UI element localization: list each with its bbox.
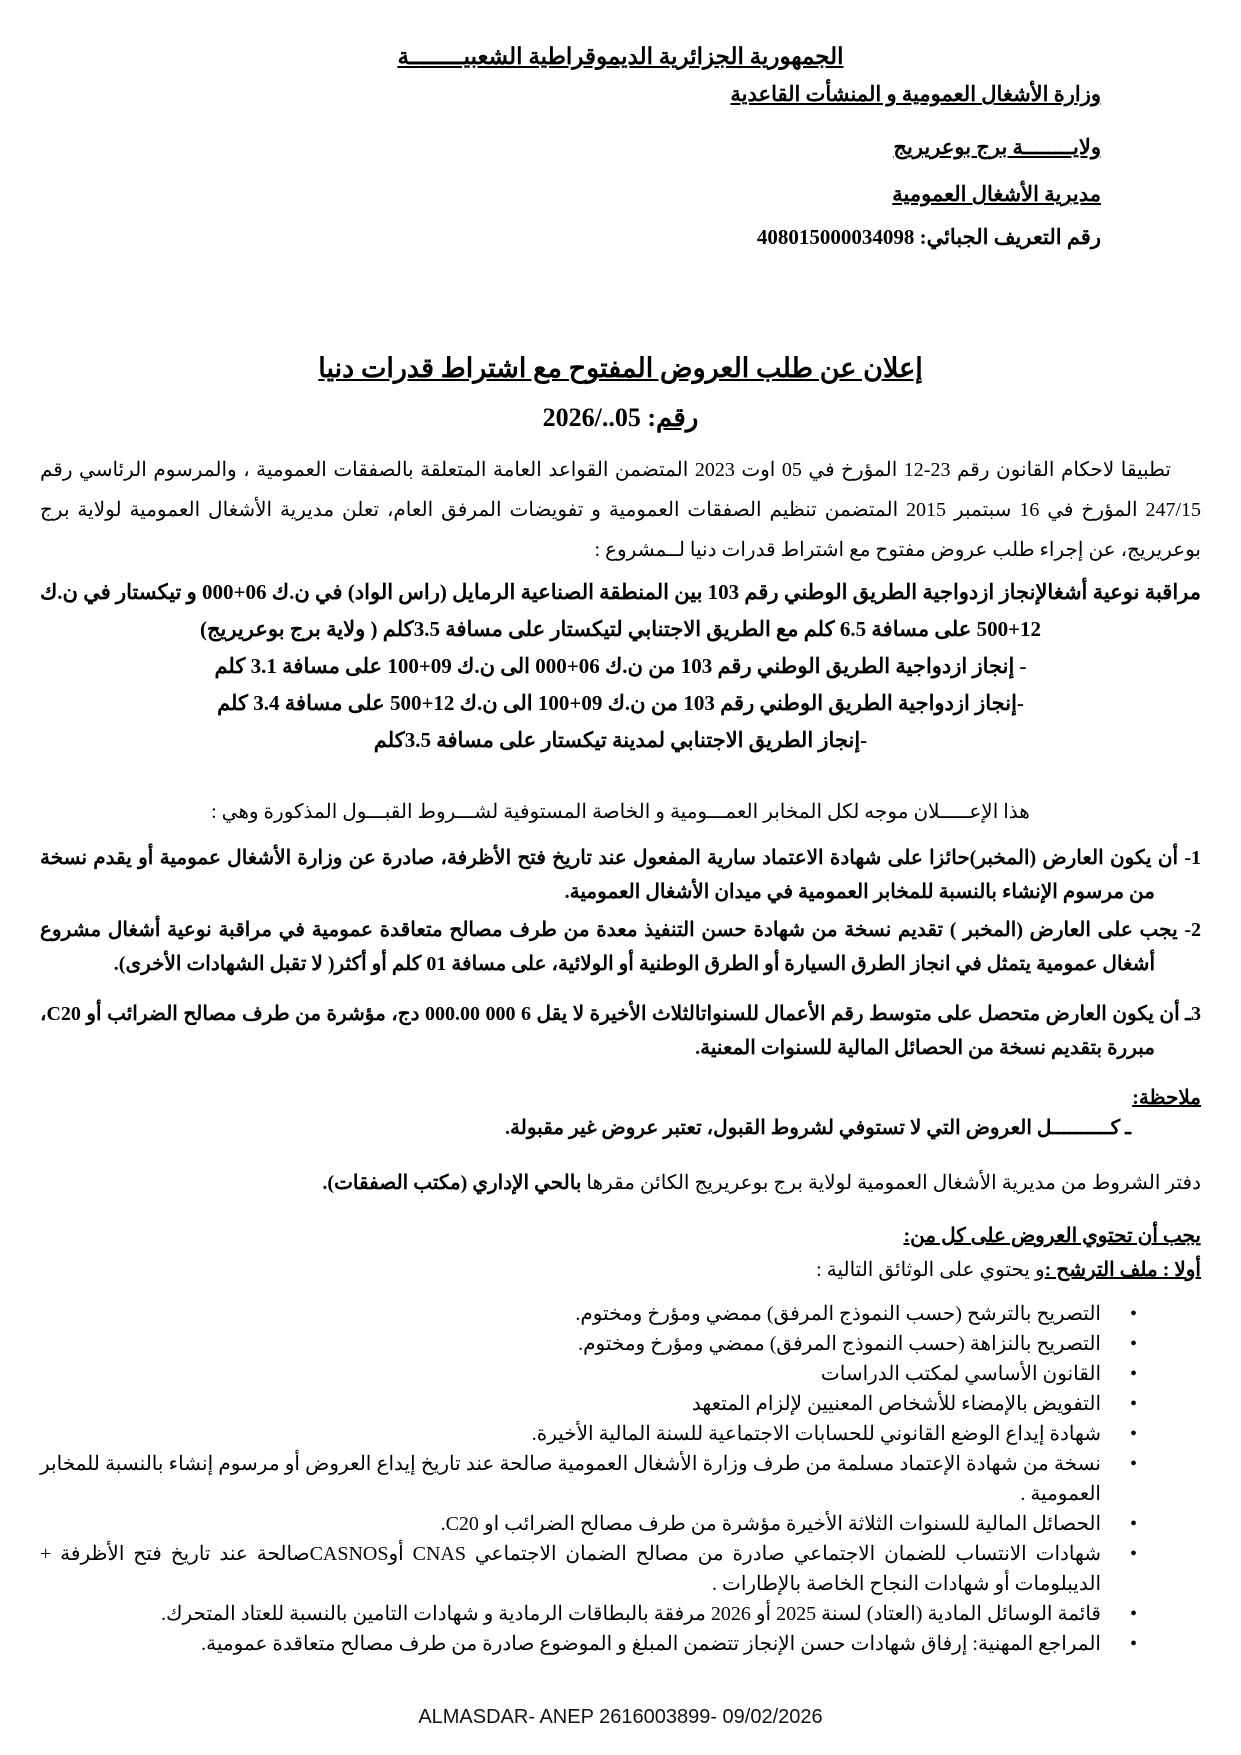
specifications-location: بالحي الإداري (مكتب الصفقات). (322, 1172, 581, 1194)
project-line: -إنجاز الطريق الاجتنابي لمدينة تيكستار ع… (40, 722, 1201, 759)
tender-announcement-document: الجمهورية الجزائرية الديموقراطية الشعبيـ… (0, 0, 1241, 1755)
tax-id-value: 408015000034098 (757, 225, 915, 249)
project-line: - إنجاز ازدواجية الطريق الوطني رقم 103 م… (40, 648, 1201, 685)
tender-number-label: رقم (656, 403, 698, 432)
specifications-text: دفتر الشروط من مديرية الأشغال العمومية ل… (581, 1172, 1201, 1194)
candidacy-doc-item: التصريح بالنزاهة (حسب النموذج المرفق) مم… (40, 1329, 1141, 1359)
project-description: مراقبة نوعية أشغالإنجاز ازدواجية الطريق … (40, 574, 1201, 759)
note-body: ـ كــــــــــل العروض التي لا تستوفي لشر… (40, 1113, 1201, 1143)
wilaya-text: ولايــــــــة برج بوعريريج (893, 135, 1101, 159)
conditions-list: 1- أن يكون العارض (المخبر)حائزا على شهاد… (40, 841, 1201, 1065)
wilaya-line: ولايــــــــة برج بوعريريج (40, 133, 1101, 162)
note-heading: ملاحظة: (40, 1083, 1201, 1113)
candidacy-file-heading: أولا : ملف الترشح :و يحتوي على الوثائق ا… (40, 1255, 1201, 1285)
offers-content-heading: يجب أن تحتوي العروض على كل من: (40, 1221, 1201, 1251)
candidacy-doc-item: الحصائل المالية للسنوات الثلاثة الأخيرة … (40, 1509, 1141, 1539)
specifications-retrieval-line: دفتر الشروط من مديرية الأشغال العمومية ل… (40, 1167, 1201, 1199)
tender-number-value: : 05../2026 (543, 403, 656, 432)
tender-number: رقم: 05../2026 (40, 398, 1201, 438)
candidacy-doc-item: المراجع المهنية: إرفاق شهادات حسن الإنجا… (40, 1629, 1141, 1659)
legal-intro-paragraph: تطبيقا لاحكام القانون رقم 23-12 المؤرخ ف… (40, 450, 1201, 570)
candidacy-doc-item: قائمة الوسائل المادية (العتاد) لسنة 2025… (40, 1599, 1141, 1629)
project-line: مراقبة نوعية أشغالإنجاز ازدواجية الطريق … (40, 574, 1201, 648)
page-title-text: إعلان عن طلب العروض المفتوح مع اشتراط قد… (318, 353, 922, 383)
candidacy-doc-item: التصريح بالترشح (حسب النموذج المرفق) ممض… (40, 1299, 1141, 1329)
ministry-line: وزارة الأشغال العمومية و المنشأت القاعدي… (40, 80, 1101, 109)
tax-id-line: رقم التعريف الجبائي: 408015000034098 (40, 223, 1101, 252)
document-header: وزارة الأشغال العمومية و المنشأت القاعدي… (40, 80, 1101, 252)
candidacy-documents-list: التصريح بالترشح (حسب النموذج المرفق) ممض… (40, 1299, 1141, 1659)
candidacy-file-heading-rest: و يحتوي على الوثائق التالية : (816, 1259, 1044, 1281)
ministry-text: وزارة الأشغال العمومية و المنشأت القاعدي… (730, 82, 1101, 106)
candidacy-doc-item: شهادة إيداع الوضع القانوني للحسابات الاج… (40, 1419, 1141, 1449)
condition-item: 1- أن يكون العارض (المخبر)حائزا على شهاد… (40, 841, 1201, 909)
candidacy-doc-item: القانون الأساسي لمكتب الدراسات (40, 1359, 1141, 1389)
tax-id-label: رقم التعريف الجبائي: (914, 225, 1101, 249)
directorate-text: مديرية الأشغال العمومية (892, 182, 1101, 206)
note-heading-text: ملاحظة: (1132, 1087, 1201, 1109)
candidacy-doc-item: نسخة من شهادة الإعتماد مسلمة من طرف وزار… (40, 1449, 1141, 1509)
candidacy-doc-item: شهادات الانتساب للضمان الاجتماعي صادرة م… (40, 1539, 1141, 1599)
condition-item: 2- يجب على العارض (المخبر ) تقديم نسخة م… (40, 913, 1201, 981)
candidacy-doc-item: التفويض بالإمضاء للأشخاص المعنيين لإلزام… (40, 1389, 1141, 1419)
offers-content-heading-text: يجب أن تحتوي العروض على كل من: (903, 1225, 1201, 1247)
candidacy-file-heading-bold: أولا : ملف الترشح : (1045, 1259, 1201, 1281)
republic-title: الجمهورية الجزائرية الديموقراطية الشعبيـ… (40, 42, 1201, 72)
publication-footer: ALMASDAR- ANEP 2616003899- 09/02/2026 (0, 1706, 1241, 1729)
eligibility-intro: هذا الإعـــــلان موجه لكل المخابر العمــ… (40, 797, 1201, 827)
project-line: -إنجاز ازدواجية الطريق الوطني رقم 103 من… (40, 685, 1201, 722)
directorate-line: مديرية الأشغال العمومية (40, 180, 1101, 209)
condition-item: 3ـ أن يكون العارض متحصل على متوسط رقم ال… (40, 997, 1201, 1065)
page-title: إعلان عن طلب العروض المفتوح مع اشتراط قد… (40, 348, 1201, 388)
